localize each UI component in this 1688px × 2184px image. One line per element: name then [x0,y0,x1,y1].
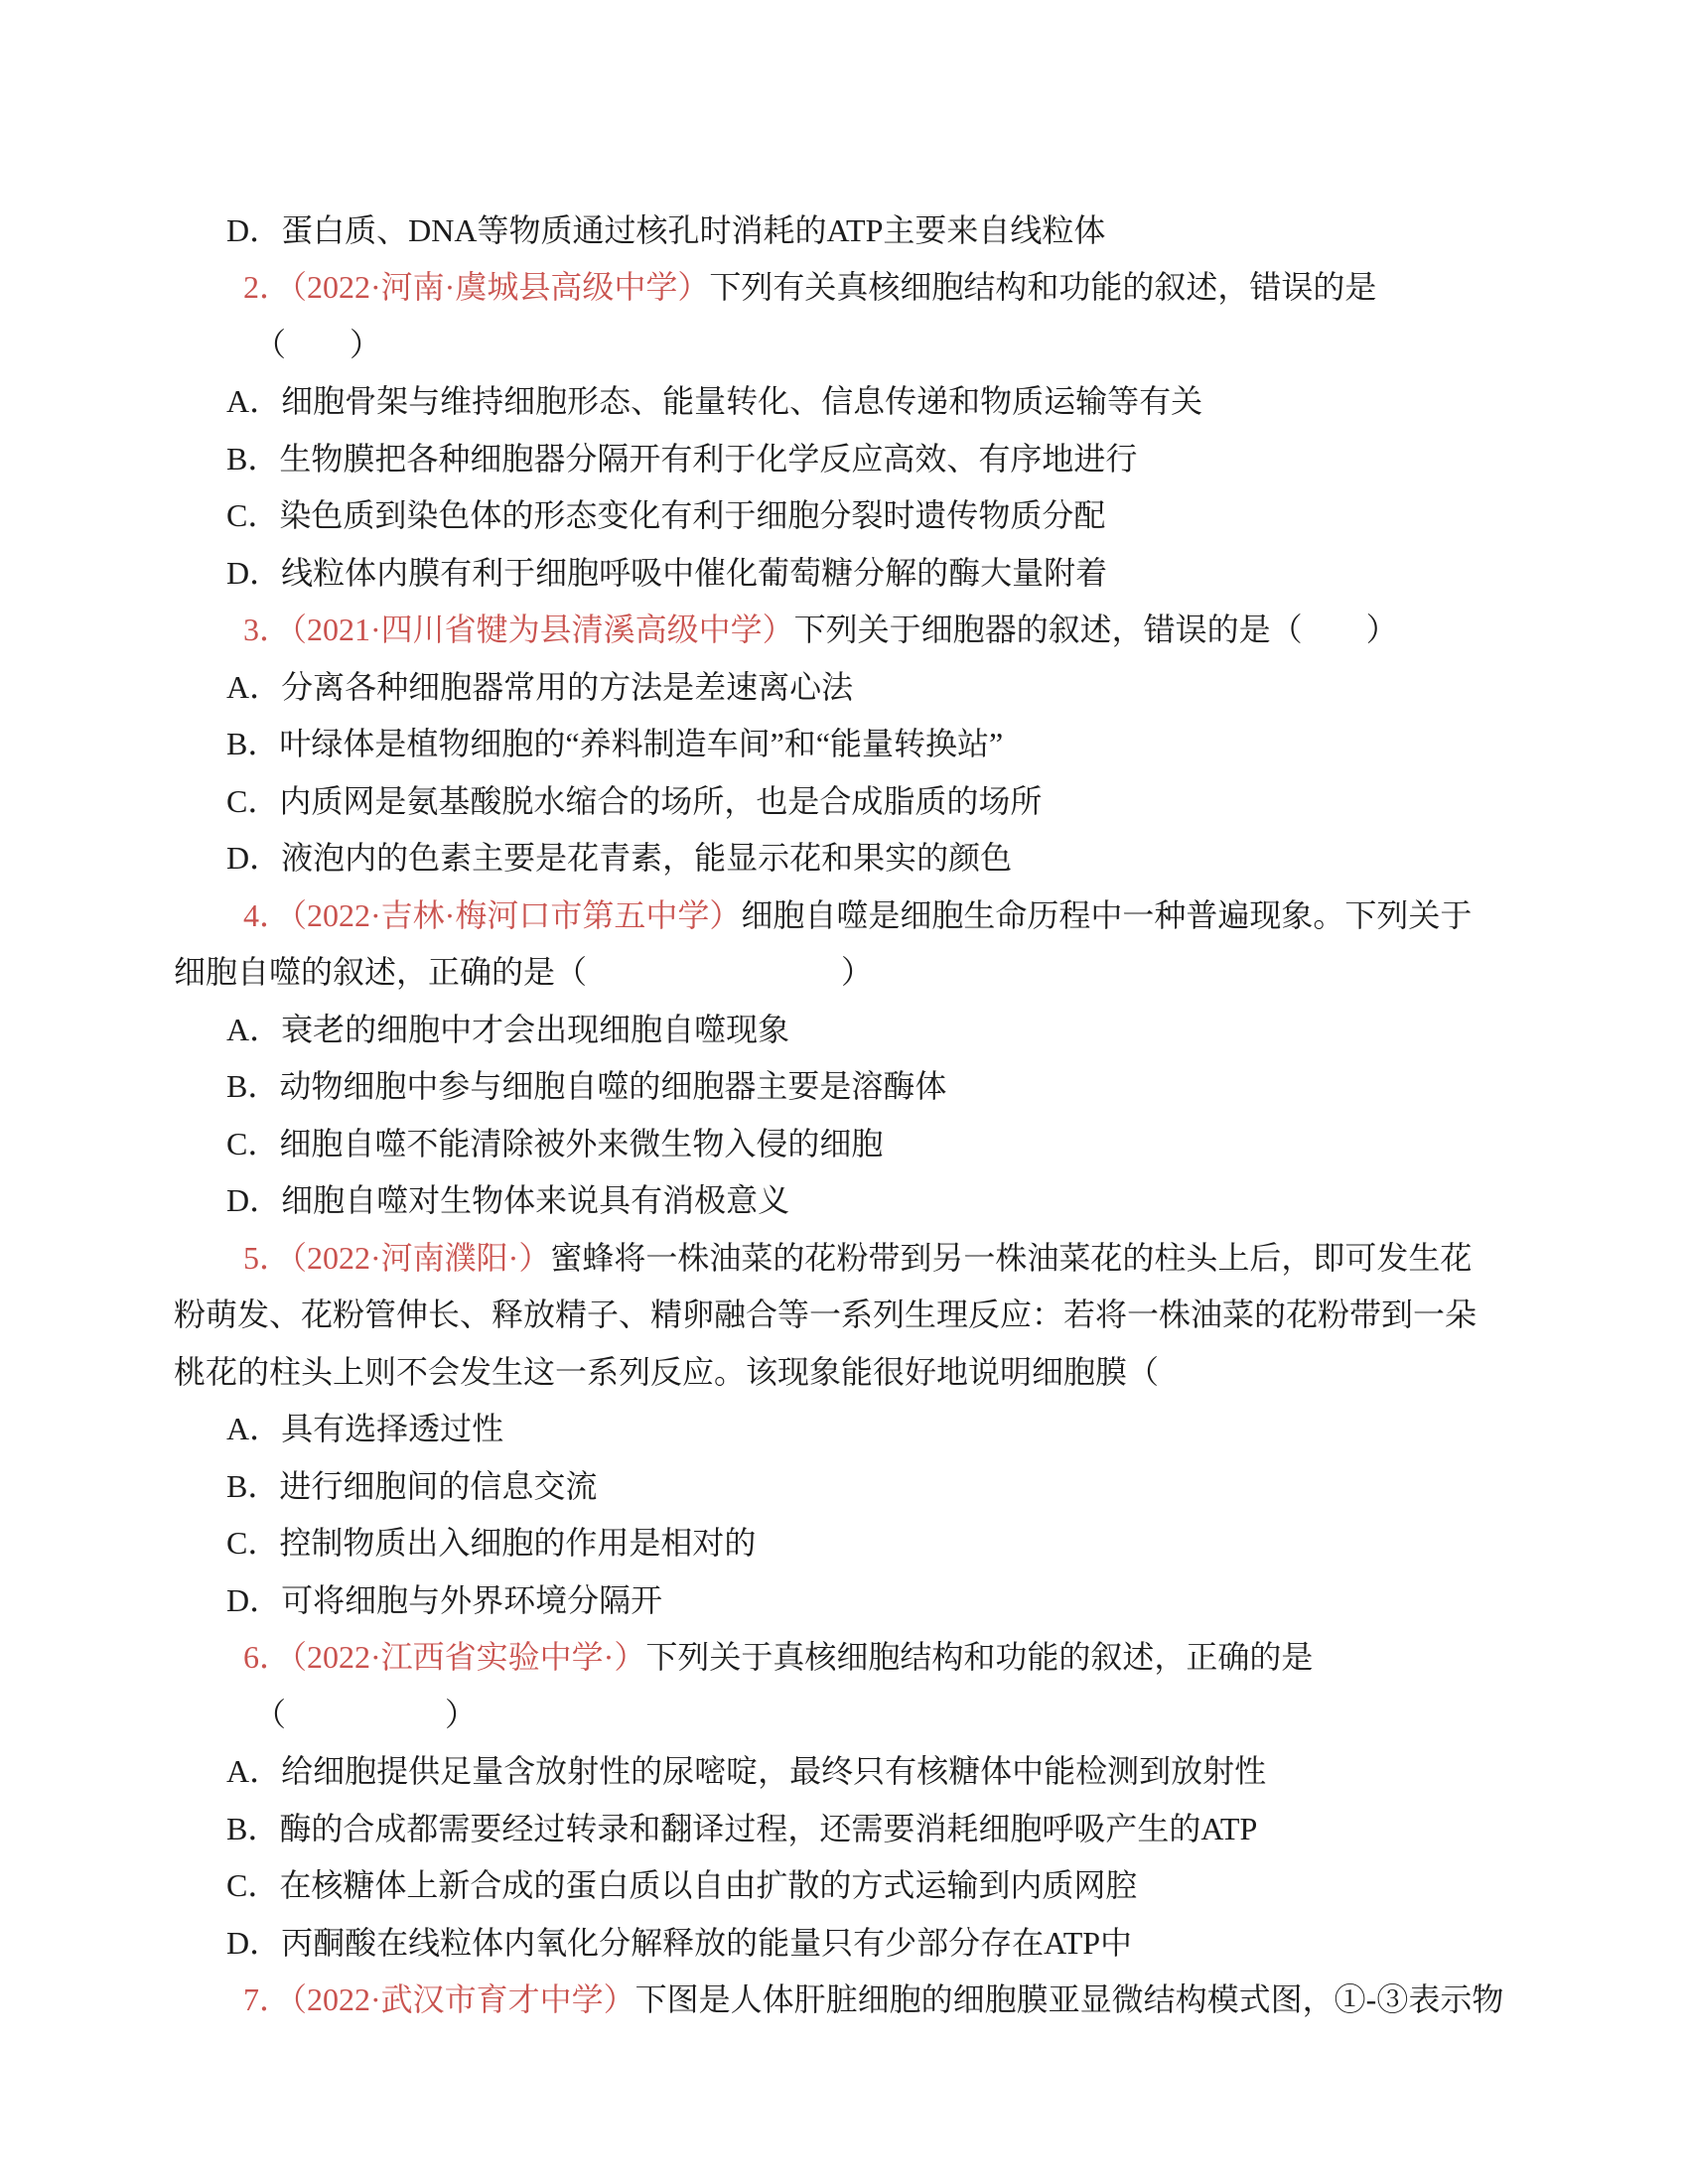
option-label: C． [226,1128,279,1160]
option-text: 生物膜把各种细胞器分隔开有利于化学反应高效、有序地进行 [279,443,1137,475]
option-text: 具有选择透过性 [281,1413,503,1444]
question-stem-continuation: 桃花的柱头上则不会发生这一系列反应。该现象能很好地说明细胞膜（ ） [0,1343,1688,1401]
question-stem: 下列有关真核细胞结构和功能的叙述，错误的是 [709,271,1376,303]
option-text: 控制物质出入细胞的作用是相对的 [279,1527,756,1559]
question-head: 2．（2022·河南·虞城县高级中学）下列有关真核细胞结构和功能的叙述，错误的是 [0,259,1688,317]
question-3: 3．（2021·四川省犍为县清溪高级中学）下列关于细胞器的叙述，错误的是（ ） … [0,602,1688,887]
option-label: D． [226,214,281,246]
question-stem: 细胞自噬是细胞生命历程中一种普遍现象。下列关于 [741,899,1472,931]
option-row: A．给细胞提供足量含放射性的尿嘧啶，最终只有核糖体中能检测到放射性 [0,1743,1688,1801]
option-row: B．生物膜把各种细胞器分隔开有利于化学反应高效、有序地进行 [0,430,1688,487]
option-row: A．分离各种细胞器常用的方法是差速离心法 [0,658,1688,716]
option-label: D． [226,842,281,874]
question-4: 4．（2022·吉林·梅河口市第五中学）细胞自噬是细胞生命历程中一种普遍现象。下… [0,887,1688,1229]
option-row: A．衰老的细胞中才会出现细胞自噬现象 [0,1001,1688,1058]
question-source-tag: 4．（2022·吉林·梅河口市第五中学） [243,899,741,931]
question-5: 5．（2022·河南濮阳·）蜜蜂将一株油菜的花粉带到另一株油菜花的柱头上后，即可… [0,1229,1688,1629]
question-list: D．蛋白质、DNA等物质通过核孔时消耗的ATP主要来自线粒体 2．（2022·河… [0,202,1688,2028]
option-text: 酶的合成都需要经过转录和翻译过程，还需要消耗细胞呼吸产生的ATP [279,1813,1257,1844]
option-text: 丙酮酸在线粒体内氧化分解释放的能量只有少部分存在ATP中 [281,1927,1132,1959]
option-label: A． [226,671,281,703]
option-label: B． [226,1070,279,1102]
option-row: D．可将细胞与外界环境分隔开 [0,1571,1688,1629]
option-text: 细胞自噬不能清除被外来微生物入侵的细胞 [279,1128,883,1160]
option-label: B． [226,728,279,759]
option-row: D．细胞自噬对生物体来说具有消极意义 [0,1172,1688,1230]
answer-blank: （ ） [254,1699,477,1730]
question-stem: 下列关于细胞器的叙述，错误的是（ ） [794,614,1398,645]
exam-document-page: D．蛋白质、DNA等物质通过核孔时消耗的ATP主要来自线粒体 2．（2022·河… [0,0,1688,2184]
question-stem-text: 粉萌发、花粉管伸长、释放精子、精卵融合等一系列生理反应：若将一株油菜的花粉带到一… [174,1298,1477,1330]
question-6: 6．（2022·江西省实验中学·）下列关于真核细胞结构和功能的叙述，正确的是 （… [0,1629,1688,1972]
option-label: D． [226,557,281,589]
answer-blank-row: （ ） [0,1686,1688,1743]
option-label: D． [226,1927,281,1959]
option-text: 在核糖体上新合成的蛋白质以自由扩散的方式运输到内质网腔 [279,1869,1137,1901]
option-text: 分离各种细胞器常用的方法是差速离心法 [281,671,853,703]
option-label: C． [226,785,279,817]
answer-blank: （ ） [254,329,381,360]
option-label: C． [226,1869,279,1901]
question-head: 3．（2021·四川省犍为县清溪高级中学）下列关于细胞器的叙述，错误的是（ ） [0,602,1688,659]
option-row: B．动物细胞中参与细胞自噬的细胞器主要是溶酶体 [0,1058,1688,1116]
option-text: 可将细胞与外界环境分隔开 [281,1584,662,1616]
option-text: 液泡内的色素主要是花青素，能显示花和果实的颜色 [281,842,1012,874]
option-text: 动物细胞中参与细胞自噬的细胞器主要是溶酶体 [279,1070,946,1102]
option-text: 叶绿体是植物细胞的“养料制造车间”和“能量转换站” [279,728,1003,759]
option-text: 细胞骨架与维持细胞形态、能量转化、信息传递和物质运输等有关 [281,385,1202,417]
question-stem: 下图是人体肝脏细胞的细胞膜亚显微结构模式图，①-③表示物 [635,1983,1504,2015]
option-row: B．进行细胞间的信息交流 [0,1457,1688,1515]
option-label: D． [226,1584,281,1616]
option-text: 蛋白质、DNA等物质通过核孔时消耗的ATP主要来自线粒体 [281,214,1105,246]
option-row: D．线粒体内膜有利于细胞呼吸中催化葡萄糖分解的酶大量附着 [0,544,1688,602]
option-row: C．内质网是氨基酸脱水缩合的场所，也是合成脂质的场所 [0,772,1688,830]
option-label: B． [226,443,279,475]
option-text: 细胞自噬对生物体来说具有消极意义 [281,1184,789,1216]
option-text: 进行细胞间的信息交流 [279,1470,597,1502]
option-label: D． [226,1184,281,1216]
option-row: B．叶绿体是植物细胞的“养料制造车间”和“能量转换站” [0,716,1688,773]
question-head: 4．（2022·吉林·梅河口市第五中学）细胞自噬是细胞生命历程中一种普遍现象。下… [0,887,1688,944]
question-source-tag: 7．（2022·武汉市育才中学） [243,1983,635,2015]
question-stem-continuation: 粉萌发、花粉管伸长、释放精子、精卵融合等一系列生理反应：若将一株油菜的花粉带到一… [0,1287,1688,1344]
question-stem-continuation: 细胞自噬的叙述，正确的是（ ） [0,944,1688,1002]
question-source-tag: 5．（2022·河南濮阳·） [243,1242,550,1274]
question-2: 2．（2022·河南·虞城县高级中学）下列有关真核细胞结构和功能的叙述，错误的是… [0,259,1688,602]
option-row: C．染色质到染色体的形态变化有利于细胞分裂时遗传物质分配 [0,487,1688,545]
question-head: 6．（2022·江西省实验中学·）下列关于真核细胞结构和功能的叙述，正确的是 [0,1629,1688,1687]
option-row: C．细胞自噬不能清除被外来微生物入侵的细胞 [0,1115,1688,1172]
option-row: D．液泡内的色素主要是花青素，能显示花和果实的颜色 [0,830,1688,887]
option-text: 内质网是氨基酸脱水缩合的场所，也是合成脂质的场所 [279,785,1042,817]
option-label: A． [226,1014,281,1045]
question-head: 5．（2022·河南濮阳·）蜜蜂将一株油菜的花粉带到另一株油菜花的柱头上后，即可… [0,1229,1688,1287]
option-label: A． [226,1413,281,1444]
question-head: 7．（2022·武汉市育才中学）下图是人体肝脏细胞的细胞膜亚显微结构模式图，①-… [0,1972,1688,2029]
option-label: B． [226,1813,279,1844]
option-label: B． [226,1470,279,1502]
question-source-tag: 2．（2022·河南·虞城县高级中学） [243,271,709,303]
option-row: A．细胞骨架与维持细胞形态、能量转化、信息传递和物质运输等有关 [0,373,1688,431]
option-label: C． [226,1527,279,1559]
question-7: 7．（2022·武汉市育才中学）下图是人体肝脏细胞的细胞膜亚显微结构模式图，①-… [0,1972,1688,2029]
question-source-tag: 6．（2022·江西省实验中学·） [243,1641,645,1673]
option-label: C． [226,499,279,531]
question-stem: 蜜蜂将一株油菜的花粉带到另一株油菜花的柱头上后，即可发生花 [550,1242,1472,1274]
option-row: C．控制物质出入细胞的作用是相对的 [0,1515,1688,1572]
question-stem-text: 桃花的柱头上则不会发生这一系列反应。该现象能很好地说明细胞膜（ ） [174,1356,1688,1388]
option-row: D．丙酮酸在线粒体内氧化分解释放的能量只有少部分存在ATP中 [0,1914,1688,1972]
option-text: 线粒体内膜有利于细胞呼吸中催化葡萄糖分解的酶大量附着 [281,557,1107,589]
option-label: A． [226,385,281,417]
option-row: A．具有选择透过性 [0,1401,1688,1458]
option-row: B．酶的合成都需要经过转录和翻译过程，还需要消耗细胞呼吸产生的ATP [0,1800,1688,1857]
option-row: C．在核糖体上新合成的蛋白质以自由扩散的方式运输到内质网腔 [0,1857,1688,1915]
option-label: A． [226,1755,281,1787]
option-row: D．蛋白质、DNA等物质通过核孔时消耗的ATP主要来自线粒体 [0,202,1688,259]
option-text: 衰老的细胞中才会出现细胞自噬现象 [281,1014,789,1045]
option-text: 给细胞提供足量含放射性的尿嘧啶，最终只有核糖体中能检测到放射性 [281,1755,1266,1787]
option-text: 染色质到染色体的形态变化有利于细胞分裂时遗传物质分配 [279,499,1105,531]
question-stem: 下列关于真核细胞结构和功能的叙述，正确的是 [645,1641,1313,1673]
question-1-partial: D．蛋白质、DNA等物质通过核孔时消耗的ATP主要来自线粒体 [0,202,1688,259]
question-stem-text: 细胞自噬的叙述，正确的是（ ） [174,956,873,988]
answer-blank-row: （ ） [0,316,1688,373]
question-source-tag: 3．（2021·四川省犍为县清溪高级中学） [243,614,794,645]
